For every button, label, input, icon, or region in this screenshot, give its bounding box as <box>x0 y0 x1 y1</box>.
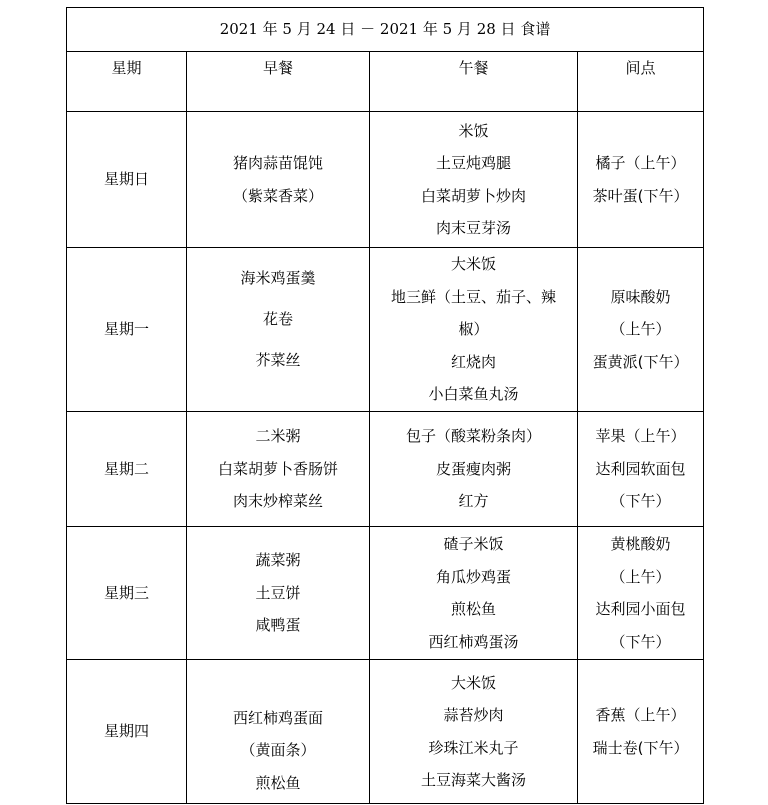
dish: 猪肉蒜苗馄饨 <box>187 147 369 180</box>
dish: 芥菜丝 <box>187 340 369 381</box>
dish: 花卷 <box>187 299 369 340</box>
dish: 大米饭 <box>370 667 577 700</box>
dish: 白菜胡萝卜炒肉 <box>370 180 577 213</box>
menu-title: 2021 年 5 月 24 日 － 2021 年 5 月 28 日 食谱 <box>67 8 704 52</box>
snack: 瑞士卷(下午） <box>578 732 703 765</box>
snack-cell: 苹果（上午） 达利园软面包 （下午） <box>578 412 704 527</box>
day-cell: 星期二 <box>67 412 187 527</box>
lunch-cell: 大米饭 蒜苔炒肉 珍珠江米丸子 土豆海菜大酱汤 <box>370 660 578 804</box>
lunch-cell: 米饭 土豆炖鸡腿 白菜胡萝卜炒肉 肉末豆芽汤 <box>370 112 578 248</box>
snack: 苹果（上午） <box>578 420 703 453</box>
dish: 土豆饼 <box>187 577 369 610</box>
dish: 肉末豆芽汤 <box>370 212 577 245</box>
snack: 达利园小面包 <box>578 593 703 626</box>
snack-cell: 原味酸奶 （上午） 蛋黄派(下午） <box>578 248 704 412</box>
dish: 红方 <box>370 485 577 518</box>
dish: 珍珠江米丸子 <box>370 732 577 765</box>
dish: （黄面条） <box>187 734 369 767</box>
snack-cell: 香蕉（上午） 瑞士卷(下午） <box>578 660 704 804</box>
header-breakfast: 早餐 <box>187 52 370 112</box>
dish: 咸鸭蛋 <box>187 609 369 642</box>
snack: 香蕉（上午） <box>578 699 703 732</box>
lunch-cell: 碴子米饭 角瓜炒鸡蛋 煎松鱼 西红柿鸡蛋汤 <box>370 527 578 660</box>
dish: 椒） <box>370 313 577 346</box>
dish: 皮蛋瘦肉粥 <box>370 453 577 486</box>
dish: 土豆海菜大酱汤 <box>370 764 577 797</box>
snack: 橘子（上午） <box>578 147 703 180</box>
lunch-cell: 包子（酸菜粉条肉） 皮蛋瘦肉粥 红方 <box>370 412 578 527</box>
dish: 蔬菜粥 <box>187 544 369 577</box>
dish: 土豆炖鸡腿 <box>370 147 577 180</box>
dish: 角瓜炒鸡蛋 <box>370 561 577 594</box>
dish: 白菜胡萝卜香肠饼 <box>187 453 369 486</box>
breakfast-cell: 西红柿鸡蛋面 （黄面条） 煎松鱼 <box>187 660 370 804</box>
dish: 蒜苔炒肉 <box>370 699 577 732</box>
table-row: 星期三 蔬菜粥 土豆饼 咸鸭蛋 碴子米饭 角瓜炒鸡蛋 煎松鱼 西红柿鸡蛋汤 黄桃… <box>67 527 704 660</box>
snack: 黄桃酸奶 <box>578 528 703 561</box>
dish: 包子（酸菜粉条肉） <box>370 420 577 453</box>
snack-cell: 黄桃酸奶 （上午） 达利园小面包 （下午） <box>578 527 704 660</box>
dish: 地三鲜（土豆、茄子、辣 <box>370 281 577 314</box>
snack: （下午） <box>578 485 703 518</box>
header-snack: 间点 <box>578 52 704 112</box>
table-row: 星期一 海米鸡蛋羹 花卷 芥菜丝 大米饭 地三鲜（土豆、茄子、辣 椒） 红烧肉 … <box>67 248 704 412</box>
dish: 小白菜鱼丸汤 <box>370 378 577 411</box>
day-cell: 星期一 <box>67 248 187 412</box>
day-cell: 星期日 <box>67 112 187 248</box>
table-row: 星期日 猪肉蒜苗馄饨 （紫菜香菜） 米饭 土豆炖鸡腿 白菜胡萝卜炒肉 肉末豆芽汤… <box>67 112 704 248</box>
title-row: 2021 年 5 月 24 日 － 2021 年 5 月 28 日 食谱 <box>67 8 704 52</box>
dish: 西红柿鸡蛋汤 <box>370 626 577 659</box>
snack: 蛋黄派(下午） <box>578 346 703 379</box>
breakfast-cell: 蔬菜粥 土豆饼 咸鸭蛋 <box>187 527 370 660</box>
dish: 大米饭 <box>370 248 577 281</box>
day-cell: 星期四 <box>67 660 187 804</box>
dish: 红烧肉 <box>370 346 577 379</box>
dish: （紫菜香菜） <box>187 180 369 213</box>
dish: 二米粥 <box>187 420 369 453</box>
breakfast-cell: 猪肉蒜苗馄饨 （紫菜香菜） <box>187 112 370 248</box>
snack: （上午） <box>578 313 703 346</box>
table-row: 星期二 二米粥 白菜胡萝卜香肠饼 肉末炒榨菜丝 包子（酸菜粉条肉） 皮蛋瘦肉粥 … <box>67 412 704 527</box>
dish: 西红柿鸡蛋面 <box>187 702 369 735</box>
dish: 肉末炒榨菜丝 <box>187 485 369 518</box>
dish: 碴子米饭 <box>370 528 577 561</box>
day-cell: 星期三 <box>67 527 187 660</box>
dish: 海米鸡蛋羹 <box>187 258 369 299</box>
breakfast-cell: 海米鸡蛋羹 花卷 芥菜丝 <box>187 248 370 412</box>
header-row: 星期 早餐 午餐 间点 <box>67 52 704 112</box>
menu-table: 2021 年 5 月 24 日 － 2021 年 5 月 28 日 食谱 星期 … <box>66 7 704 804</box>
lunch-cell: 大米饭 地三鲜（土豆、茄子、辣 椒） 红烧肉 小白菜鱼丸汤 <box>370 248 578 412</box>
table-row: 星期四 西红柿鸡蛋面 （黄面条） 煎松鱼 大米饭 蒜苔炒肉 珍珠江米丸子 土豆海… <box>67 660 704 804</box>
breakfast-cell: 二米粥 白菜胡萝卜香肠饼 肉末炒榨菜丝 <box>187 412 370 527</box>
snack: 茶叶蛋(下午） <box>578 180 703 213</box>
snack-cell: 橘子（上午） 茶叶蛋(下午） <box>578 112 704 248</box>
dish: 米饭 <box>370 115 577 148</box>
snack: 原味酸奶 <box>578 281 703 314</box>
snack: （上午） <box>578 561 703 594</box>
dish: 煎松鱼 <box>370 593 577 626</box>
header-day: 星期 <box>67 52 187 112</box>
dish: 煎松鱼 <box>187 767 369 800</box>
header-lunch: 午餐 <box>370 52 578 112</box>
snack: 达利园软面包 <box>578 453 703 486</box>
snack: （下午） <box>578 626 703 659</box>
